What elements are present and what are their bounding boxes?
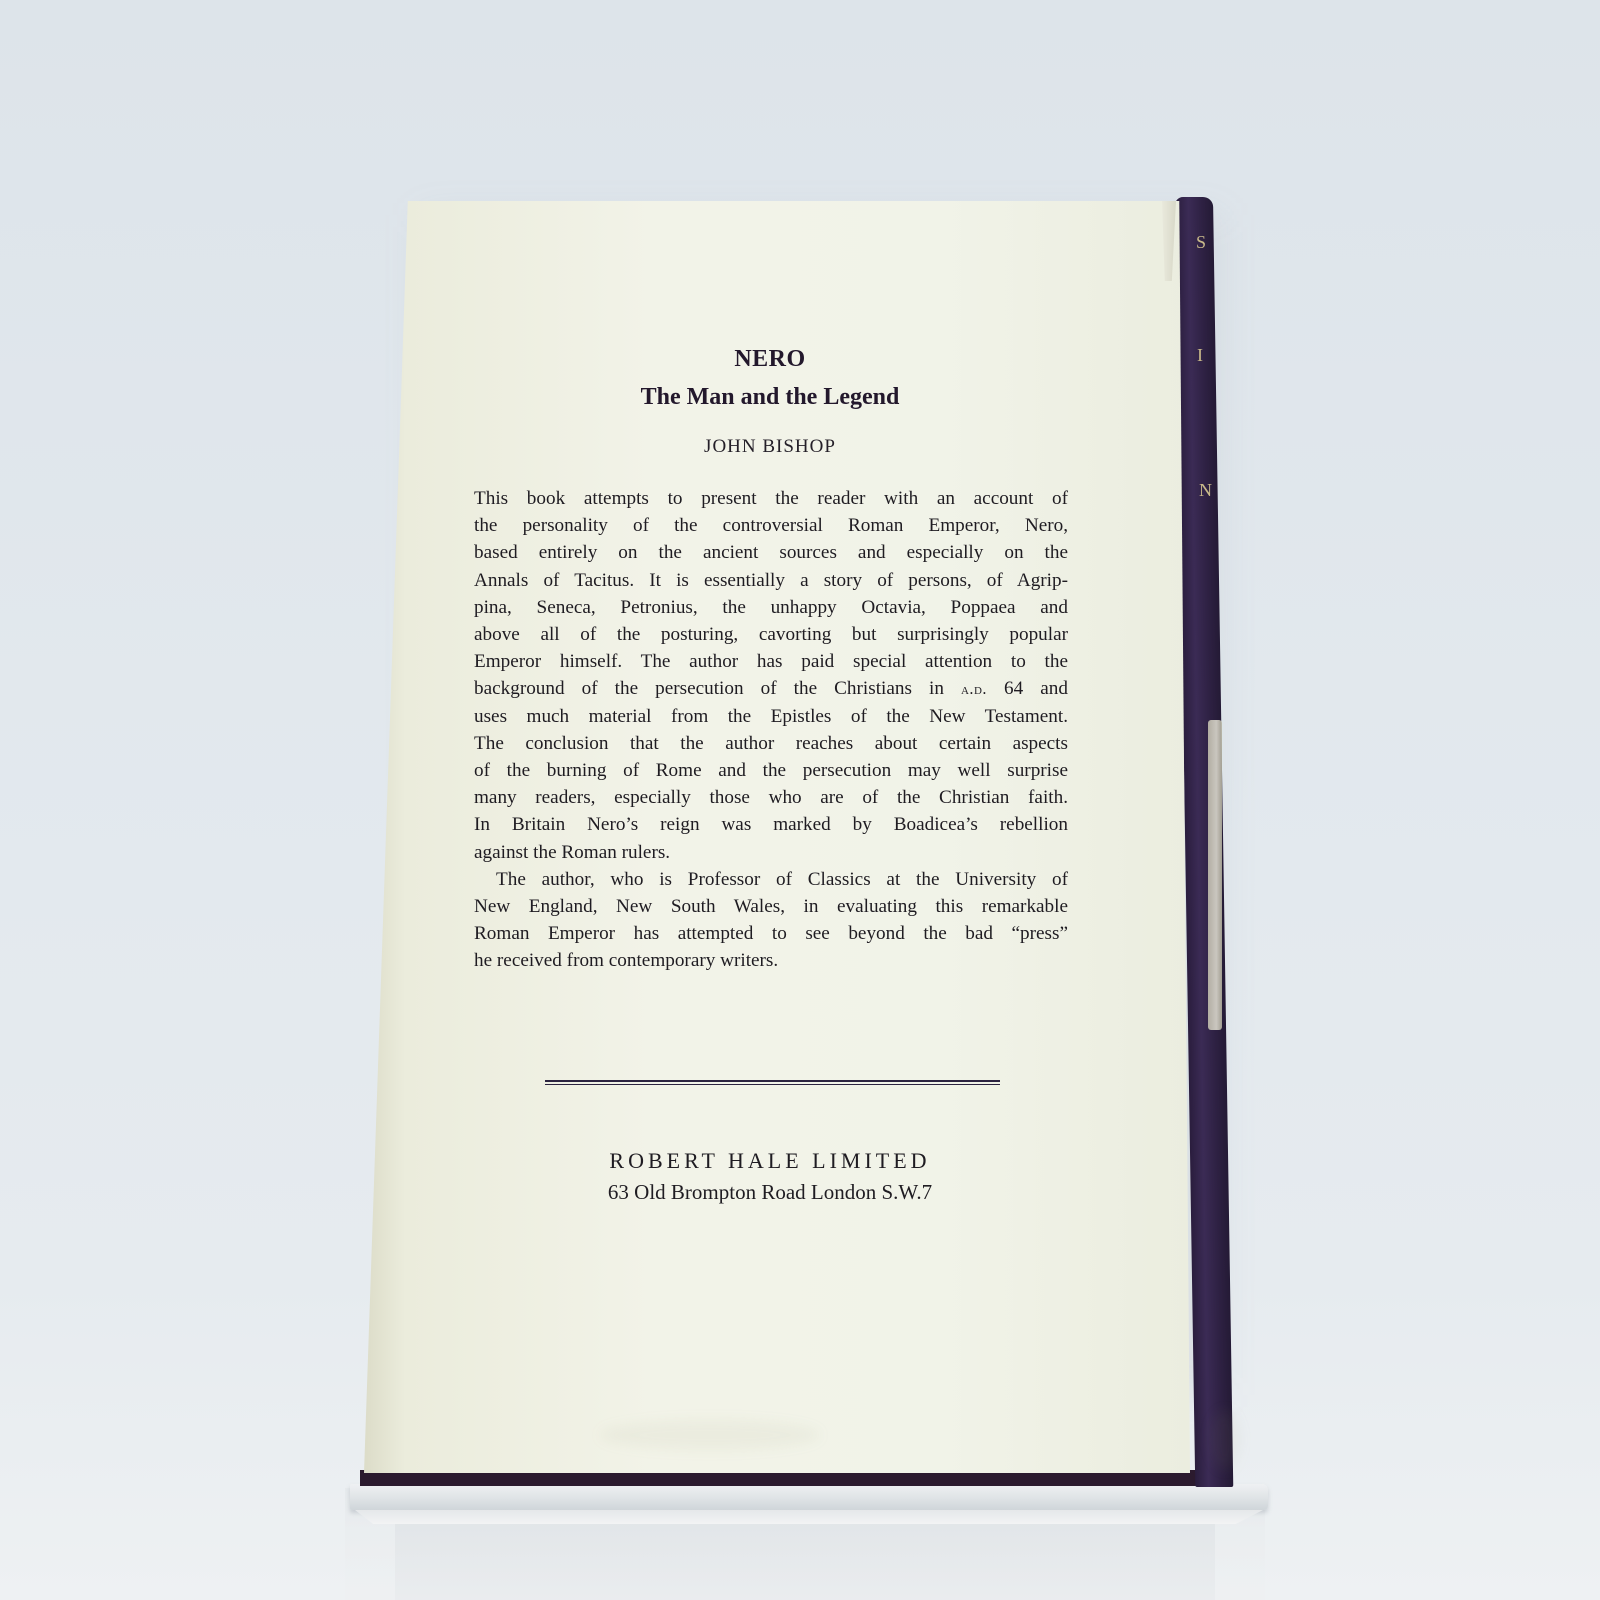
book-title: NERO <box>460 346 1080 373</box>
era-abbreviation: a.d. <box>961 679 987 698</box>
blurb-line: The conclusion that the author reaches a… <box>474 730 1068 757</box>
blurb-line: The author, who is Professor of Classics… <box>474 866 1068 893</box>
book-subtitle: The Man and the Legend <box>460 384 1080 411</box>
blurb-line: Emperor himself. The author has paid spe… <box>474 648 1068 675</box>
double-rule-divider <box>545 1080 1000 1085</box>
acrylic-stand-front-edge <box>355 1510 1263 1524</box>
blurb-line: of the burning of Rome and the persecuti… <box>474 757 1068 784</box>
blurb: This book attempts to present the reader… <box>474 485 1068 975</box>
spine-letter: S <box>1196 232 1206 253</box>
blurb-line: above all of the posturing, cavorting bu… <box>474 621 1068 648</box>
spine-letter: N <box>1199 480 1212 501</box>
blurb-line: This book attempts to present the reader… <box>474 485 1068 512</box>
acrylic-stand-ledge <box>350 1484 1268 1510</box>
publisher-name: ROBERT HALE LIMITED <box>540 1148 1000 1174</box>
paper-stain <box>600 1420 820 1450</box>
spine-letter: I <box>1197 345 1203 366</box>
blurb-line: New England, New South Wales, in evaluat… <box>474 893 1068 920</box>
blurb-line: Roman Emperor has attempted to see beyon… <box>474 920 1068 947</box>
blurb-line: uses much material from the Epistles of … <box>474 703 1068 730</box>
jacket-spine-tear <box>1208 720 1222 1030</box>
blurb-line: the personality of the controversial Rom… <box>474 512 1068 539</box>
paper-stain <box>1210 1410 1240 1470</box>
publisher-address: 63 Old Brompton Road London S.W.7 <box>540 1180 1000 1205</box>
blurb-line: Annals of Tacitus. It is essentially a s… <box>474 567 1068 594</box>
book-author: JOHN BISHOP <box>460 436 1080 458</box>
blurb-line: In Britain Nero’s reign was marked by Bo… <box>474 811 1068 838</box>
blurb-line: based entirely on the ancient sources an… <box>474 539 1068 566</box>
blurb-paragraph-1: This book attempts to present the reader… <box>474 485 1068 866</box>
blurb-paragraph-2: The author, who is Professor of Classics… <box>474 866 1068 975</box>
blurb-line: background of the persecution of the Chr… <box>474 675 1068 702</box>
blurb-line: against the Roman rulers. <box>474 839 1068 866</box>
blurb-line: he received from contemporary writers. <box>474 947 1068 974</box>
blurb-line: pina, Seneca, Petronius, the unhappy Oct… <box>474 594 1068 621</box>
blurb-line: many readers, especially those who are o… <box>474 784 1068 811</box>
